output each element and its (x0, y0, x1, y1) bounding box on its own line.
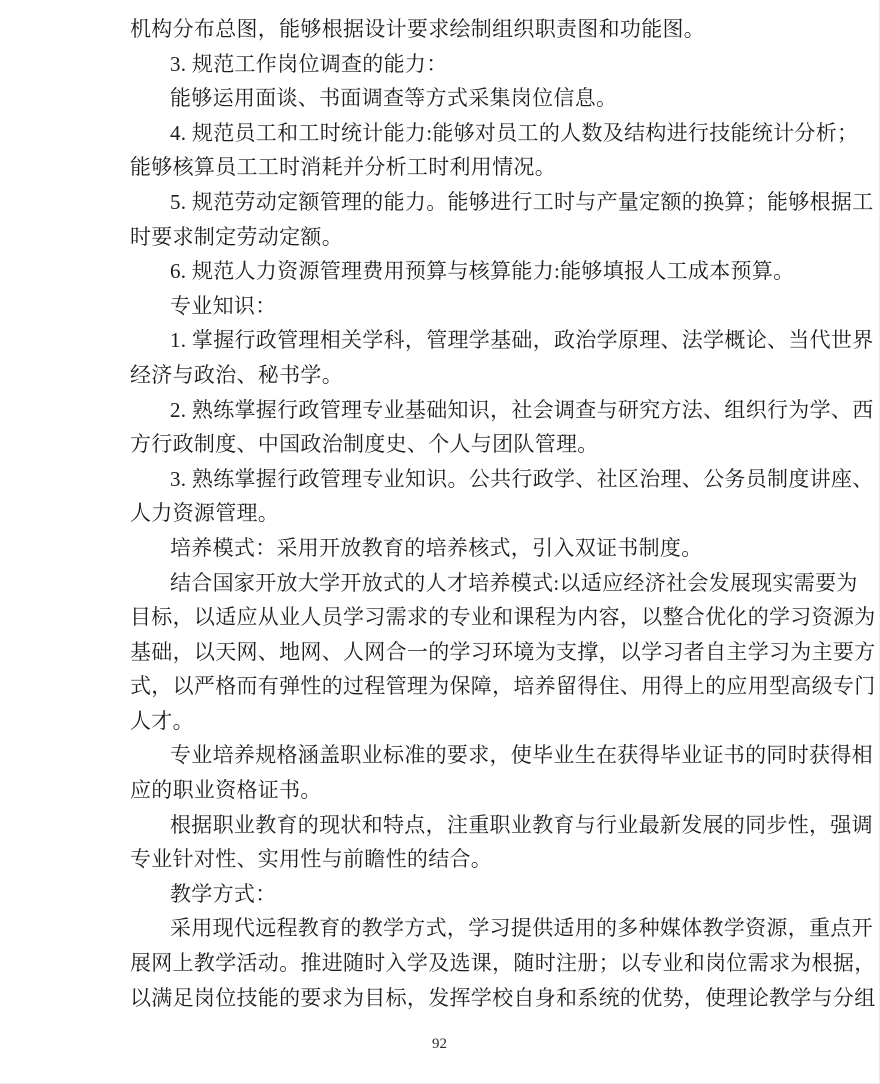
text-line: 能够运用面谈、书面调查等方式采集岗位信息。 (130, 81, 770, 116)
text-line: 2. 熟练掌握行政管理专业基础知识，社会调查与研究方法、组织行为学、西 (130, 393, 770, 428)
text-line: 5. 规范劳动定额管理的能力。能够进行工时与产量定额的换算；能够根据工 (130, 185, 770, 220)
text-line: 3. 熟练掌握行政管理专业知识。公共行政学、社区治理、公务员制度讲座、 (130, 462, 770, 497)
text-line: 结合国家开放大学开放式的人才培养模式:以适应经济社会发展现实需要为 (130, 566, 770, 601)
text-line: 根据职业教育的现状和特点，注重职业教育与行业最新发展的同步性，强调 (130, 808, 770, 843)
text-line: 3. 规范工作岗位调查的能力： (130, 47, 770, 82)
text-line: 采用现代远程教育的教学方式，学习提供适用的多种媒体教学资源，重点开 (130, 911, 770, 946)
text-line: 人力资源管理。 (130, 496, 770, 531)
text-line: 经济与政治、秘书学。 (130, 358, 770, 393)
text-line: 专业针对性、实用性与前瞻性的结合。 (130, 842, 770, 877)
text-line: 专业知识： (130, 289, 770, 324)
text-line: 6. 规范人力资源管理费用预算与核算能力:能够填报人工成本预算。 (130, 254, 770, 289)
text-line: 应的职业资格证书。 (130, 773, 770, 808)
text-line: 目标，以适应从业人员学习需求的专业和课程为内容，以整合优化的学习资源为 (130, 600, 770, 635)
text-line: 人才。 (130, 704, 770, 739)
text-line: 教学方式： (130, 877, 770, 912)
text-line: 能够核算员工工时消耗并分析工时利用情况。 (130, 150, 770, 185)
text-line: 培养模式：采用开放教育的培养核式，引入双证书制度。 (130, 531, 770, 566)
page-number: 92 (0, 1036, 879, 1053)
text-line: 专业培养规格涵盖职业标准的要求，使毕业生在获得毕业证书的同时获得相 (130, 738, 770, 773)
text-body: 机构分布总图，能够根据设计要求绘制组织职责图和功能图。3. 规范工作岗位调查的能… (130, 12, 770, 1015)
text-line: 机构分布总图，能够根据设计要求绘制组织职责图和功能图。 (130, 12, 770, 47)
text-line: 时要求制定劳动定额。 (130, 220, 770, 255)
text-line: 式，以严格而有弹性的过程管理为保障，培养留得住、用得上的应用型高级专门 (130, 669, 770, 704)
document-page: 机构分布总图，能够根据设计要求绘制组织职责图和功能图。3. 规范工作岗位调查的能… (0, 0, 880, 1084)
text-line: 基础，以天网、地网、人网合一的学习环境为支撑，以学习者自主学习为主要方 (130, 635, 770, 670)
text-line: 以满足岗位技能的要求为目标，发挥学校自身和系统的优势，使理论教学与分组 (130, 981, 770, 1016)
text-line: 1. 掌握行政管理相关学科，管理学基础，政治学原理、法学概论、当代世界 (130, 323, 770, 358)
text-line: 展网上教学活动。推进随时入学及选课，随时注册；以专业和岗位需求为根据， (130, 946, 770, 981)
text-line: 方行政制度、中国政治制度史、个人与团队管理。 (130, 427, 770, 462)
text-line: 4. 规范员工和工时统计能力:能够对员工的人数及结构进行技能统计分析； (130, 116, 770, 151)
